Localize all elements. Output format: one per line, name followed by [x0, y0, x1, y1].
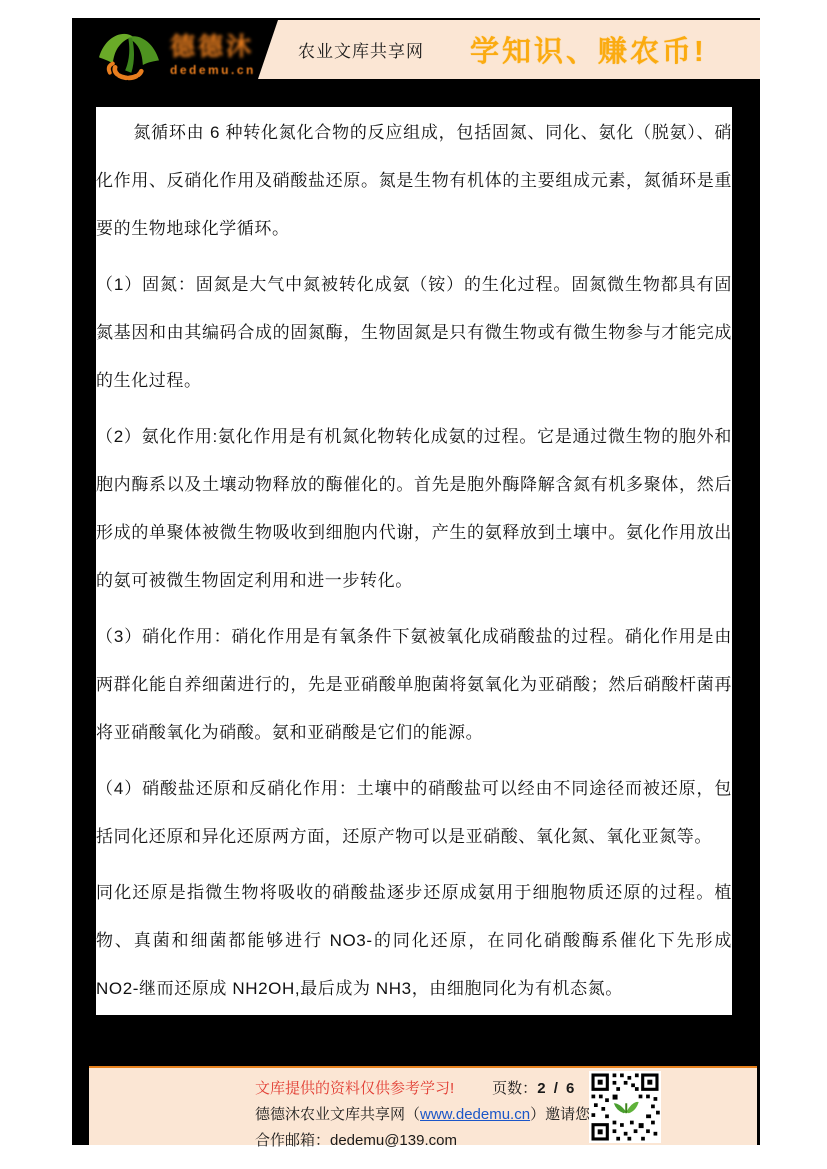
- site-url-link[interactable]: www.dedemu.cn: [420, 1106, 530, 1123]
- document-page: 氮循环由 6 种转化氮化合物的反应组成，包括固氮、同化、氨化（脱氨）、硝化作用、…: [96, 107, 732, 1015]
- footer-line-invite: 德德沐农业文库共享网（www.dedemu.cn）邀请您加入☞: [255, 1102, 635, 1128]
- footer-line-disclaimer: 文库提供的资料仅供参考学习!页数：2 / 6: [255, 1076, 635, 1102]
- paragraph-3-nitrification: （3）硝化作用：硝化作用是有氧条件下氨被氧化成硝酸盐的过程。硝化作用是由两群化能…: [96, 613, 732, 757]
- logo-en-text: dedemu.cn: [170, 63, 256, 77]
- paragraph-2-ammonification: （2）氨化作用:氨化作用是有机氮化物转化成氨的过程。它是通过微生物的胞外和胞内酶…: [96, 413, 732, 605]
- footer-banner: 文库提供的资料仅供参考学习!页数：2 / 6 德德沐农业文库共享网（www.de…: [89, 1066, 757, 1145]
- logo-cn-text: 德德沐: [170, 34, 256, 60]
- paragraph-1-nitrogen-fixation: （1）固氮：固氮是大气中氮被转化成氨（铵）的生化过程。固氮微生物都具有固氮基因和…: [96, 261, 732, 405]
- site-name: 农业文库共享网: [298, 37, 424, 62]
- paragraph-4-nitrate-reduction: （4）硝酸盐还原和反硝化作用：土壤中的硝酸盐可以经由不同途径而被还原，包括同化还…: [96, 765, 732, 861]
- invite-prefix: 德德沐农业文库共享网（: [255, 1106, 420, 1123]
- disclaimer-text: 文库提供的资料仅供参考学习!: [255, 1080, 454, 1097]
- page-number-label: 页数：: [492, 1080, 537, 1097]
- logo-bird-icon: [92, 25, 166, 85]
- footer-text-block: 文库提供的资料仅供参考学习!页数：2 / 6 德德沐农业文库共享网（www.de…: [255, 1076, 635, 1154]
- page-frame: 德德沐 dedemu.cn 农业文库共享网 学知识、赚农币! 氮循环由 6 种转…: [72, 18, 760, 1145]
- qr-code: [589, 1071, 661, 1143]
- paragraph-intro: 氮循环由 6 种转化氮化合物的反应组成，包括固氮、同化、氨化（脱氨）、硝化作用、…: [96, 109, 732, 253]
- page-number-value: 2 / 6: [537, 1080, 576, 1097]
- header-slogan: 学知识、赚农币!: [470, 29, 707, 70]
- footer-line-contact: 合作邮箱：dedemu@139.com: [255, 1128, 635, 1154]
- header-banner: 农业文库共享网 学知识、赚农币!: [258, 20, 760, 79]
- contact-email: 合作邮箱：dedemu@139.com: [255, 1132, 457, 1149]
- paragraph-5-assimilatory-reduction: 同化还原是指微生物将吸收的硝酸盐逐步还原成氨用于细胞物质还原的过程。植物、真菌和…: [96, 869, 732, 1013]
- site-logo: 德德沐 dedemu.cn: [92, 24, 262, 86]
